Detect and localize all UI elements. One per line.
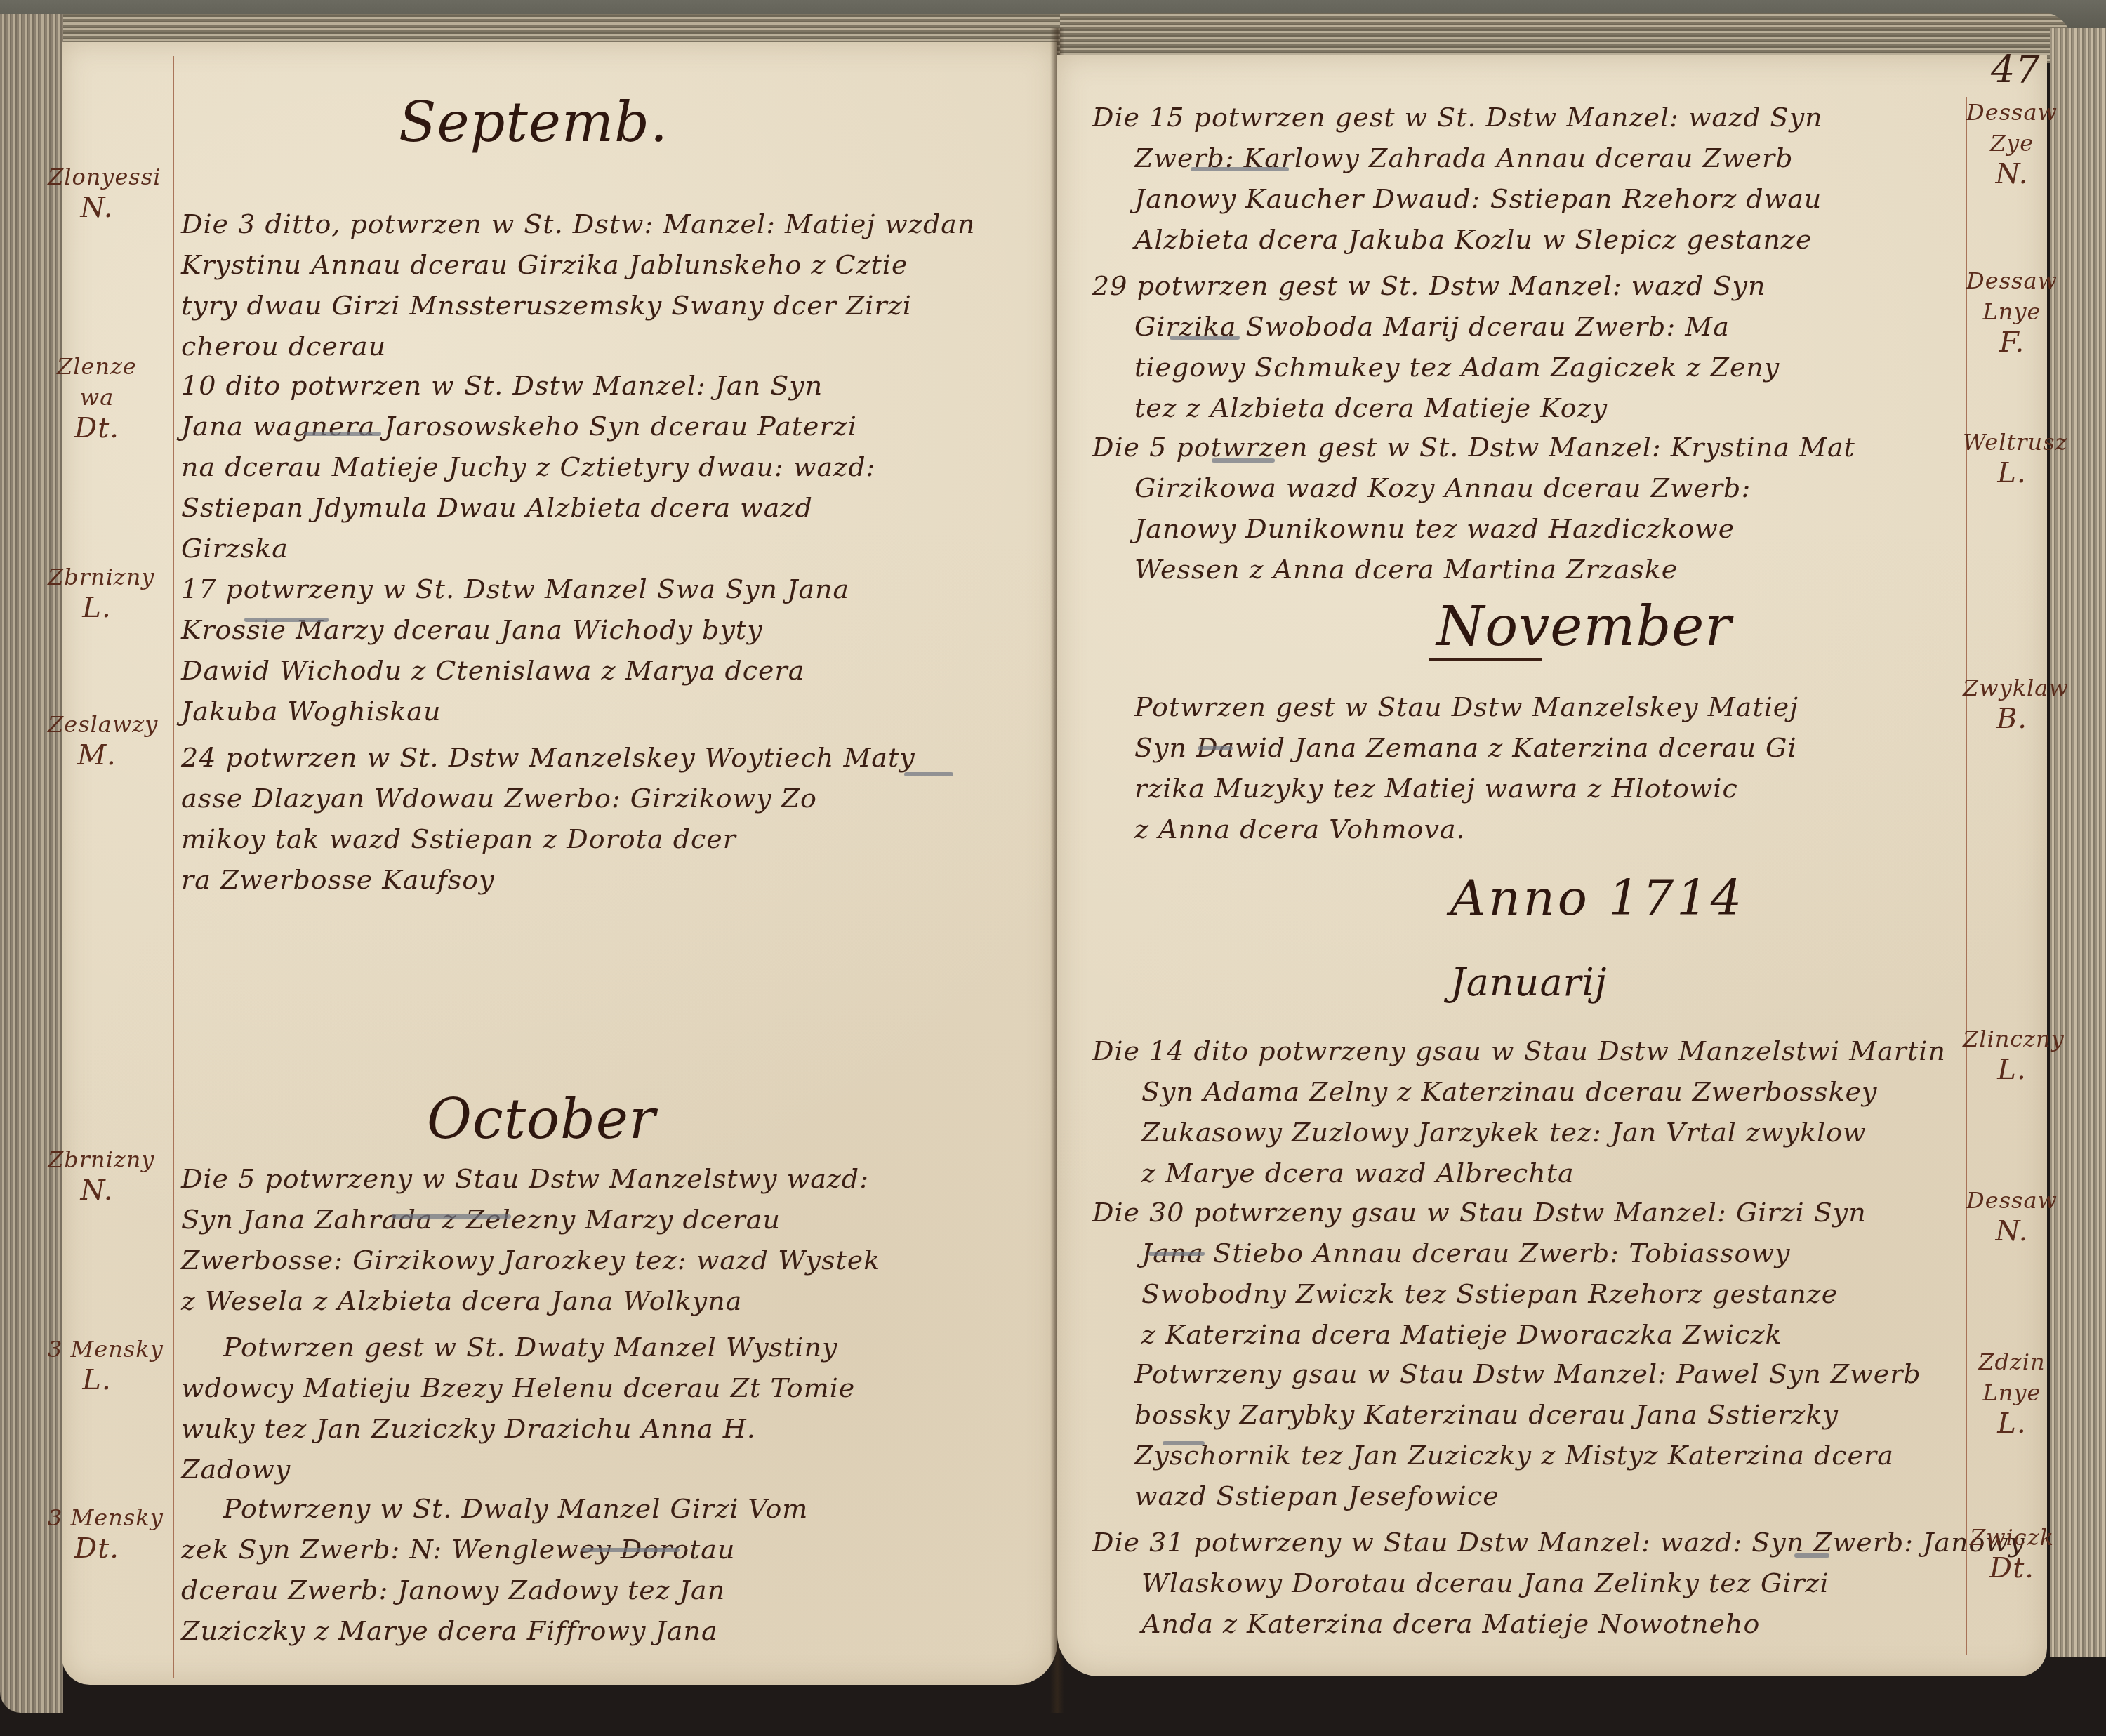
pencil-underline	[1212, 458, 1275, 463]
pencil-underline	[904, 772, 953, 776]
entry-line: Potwrzeny gsau w Stau Dstw Manzel: Pawel…	[1134, 1353, 1921, 1394]
register-entry: Die 14 dito potwrzeny gsau w Stau Dstw M…	[1092, 1031, 1946, 1193]
register-entry: 29 potwrzen gest w St. Dstw Manzel: wazd…	[1092, 265, 1766, 428]
entry-line: Potwrzeny w St. Dwaly Manzel Girzi Vom	[223, 1488, 808, 1529]
margin-place-cont: Zye	[1990, 130, 2034, 157]
entry-line: tiegowy Schmukey tez Adam Zagiczek z Zen…	[1134, 347, 1808, 387]
entry-line: wdowcy Matieju Bzezy Helenu dcerau Zt To…	[181, 1367, 855, 1408]
margin-place: 3 Mensky	[48, 1504, 164, 1531]
margin-note: 3 Mensky L.	[48, 1334, 146, 1396]
margin-note: Zbrnizny N.	[48, 1144, 146, 1206]
entry-line: Alzbieta dcera Jakuba Kozlu w Slepicz ge…	[1134, 219, 1865, 260]
left-page: Septemb. Zlonyessi N. Die 3 ditto, potwr…	[62, 42, 1057, 1685]
entry-line: Janowy Dunikownu tez wazd Hazdiczkowe	[1134, 508, 1898, 549]
margin-place: Zwiczk	[1970, 1524, 2054, 1551]
entry-line: asse Dlazyan Wdowau Zwerbo: Girzikowy Zo	[181, 778, 915, 819]
pencil-underline	[304, 432, 381, 436]
entry-line: Wlaskowy Dorotau dcerau Jana Zelinky tez…	[1141, 1563, 2074, 1603]
register-entry: 24 potwrzen w St. Dstw Manzelskey Woytie…	[181, 737, 915, 900]
entry-line: Girzika Swoboda Marij dcerau Zwerb: Ma	[1134, 306, 1808, 347]
entry-line: dcerau Zwerb: Janowy Zadowy tez Jan	[181, 1570, 766, 1610]
entry-line: Die 30 potwrzeny gsau w Stau Dstw Manzel…	[1092, 1192, 1867, 1233]
margin-code: N.	[1963, 1216, 2061, 1247]
month-heading-january: Januarij	[1450, 960, 1607, 1005]
entry-line: Die 15 potwrzen gest w St. Dstw Manzel: …	[1092, 97, 1823, 138]
entry-line: Zwerbosse: Girzikowy Jarozkey tez: wazd …	[181, 1240, 880, 1280]
margin-place: Zeslawzy	[48, 711, 158, 738]
margin-note: Dessaw Zye N.	[1963, 97, 2061, 190]
margin-note: Weltrusz L.	[1963, 427, 2061, 489]
margin-note: Zwiczk Dt.	[1963, 1522, 2061, 1584]
margin-note: Dessaw N.	[1963, 1185, 2061, 1247]
entry-line: Potwrzen gest w St. Dwaty Manzel Wystiny	[223, 1327, 897, 1367]
margin-code: L.	[1963, 458, 2061, 489]
entry-line: Die 5 potwrzeny w Stau Dstw Manzelstwy w…	[181, 1158, 880, 1199]
register-entry: Die 30 potwrzeny gsau w Stau Dstw Manzel…	[1092, 1192, 1867, 1355]
margin-note: Zlenze wa Dt.	[48, 351, 146, 444]
pencil-underline	[1191, 167, 1289, 171]
right-page: 47 Die 15 potwrzen gest w St. Dstw Manze…	[1057, 55, 2047, 1676]
margin-code: B.	[1963, 703, 2061, 734]
margin-code: L.	[1963, 1054, 2061, 1085]
entry-line: na dcerau Matieje Juchy z Cztietyry dwau…	[181, 446, 875, 487]
entry-line: wazd Sstiepan Jesefowice	[1134, 1476, 1921, 1516]
pencil-underline	[1198, 746, 1233, 750]
entry-line: Die 5 potwrzen gest w St. Dstw Manzel: K…	[1092, 427, 1855, 468]
pencil-underline	[581, 1548, 680, 1552]
entry-line: z Anna dcera Vohmova.	[1134, 809, 1799, 849]
register-entry: Die 5 potwrzeny w Stau Dstw Manzelstwy w…	[181, 1158, 880, 1321]
entry-line: Krossie Marzy dcerau Jana Wichody byty	[181, 609, 849, 650]
pencil-underline	[1148, 1252, 1205, 1256]
pencil-underline	[392, 1214, 511, 1219]
margin-place: Weltrusz	[1963, 429, 2068, 456]
entry-line: Syn Adama Zelny z Katerzinau dcerau Zwer…	[1141, 1071, 1995, 1112]
pencil-underline	[1794, 1553, 1829, 1558]
entry-line: 24 potwrzen w St. Dstw Manzelskey Woytie…	[181, 737, 915, 778]
margin-code: L.	[48, 1365, 146, 1396]
margin-note: Zwyklaw B.	[1963, 672, 2061, 734]
margin-note: Zdzin Lnye L.	[1963, 1346, 2061, 1439]
pencil-underline	[1170, 336, 1240, 340]
entry-line: Krystinu Annau dcerau Girzika Jablunskeh…	[181, 244, 975, 285]
year-heading: Anno 1714	[1450, 869, 1744, 927]
entry-line: ra Zwerbosse Kaufsoy	[181, 859, 915, 900]
margin-code: L.	[48, 592, 146, 623]
entry-line: Syn Jana Zahrada z Zelezny Marzy dcerau	[181, 1199, 880, 1240]
margin-code: Dt.	[1963, 1553, 2061, 1584]
register-entry: Die 31 potwrzeny w Stau Dstw Manzel: waz…	[1092, 1522, 2025, 1644]
entry-line: 17 potwrzeny w St. Dstw Manzel Swa Syn J…	[181, 569, 849, 609]
margin-note: 3 Mensky Dt.	[48, 1502, 146, 1564]
margin-note: Zlonyessi N.	[48, 161, 146, 223]
register-entry: Potwrzen gest w St. Dwaty Manzel Wystiny…	[223, 1327, 897, 1490]
margin-note: Zbrnizny L.	[48, 562, 146, 623]
margin-place-cont: Lnye	[1983, 1379, 2041, 1406]
entry-line: tez z Alzbieta dcera Matieje Kozy	[1134, 387, 1808, 428]
register-entry: Potwrzeny gsau w Stau Dstw Manzel: Pawel…	[1134, 1353, 1921, 1516]
entry-line: Girzikowa wazd Kozy Annau dcerau Zwerb:	[1134, 468, 1898, 508]
margin-place: Zbrnizny	[48, 1146, 154, 1173]
heading-underline	[1429, 658, 1542, 661]
entry-line: Potwrzen gest w Stau Dstw Manzelskey Mat…	[1134, 687, 1799, 727]
register-entry: 17 potwrzeny w St. Dstw Manzel Swa Syn J…	[181, 569, 849, 731]
margin-rule-left	[173, 56, 174, 1678]
entry-line: Zuziczky z Marye dcera Fiffrowy Jana	[181, 1610, 766, 1651]
entry-line: cherou dcerau	[181, 326, 975, 366]
margin-place-cont: Lnye	[1983, 298, 2041, 325]
entry-line: Jakuba Woghiskau	[181, 691, 849, 731]
entry-line: Dawid Wichodu z Ctenislawa z Marya dcera	[181, 650, 849, 691]
margin-note: Dessaw Lnye F.	[1963, 265, 2061, 358]
margin-place: Zdzin	[1978, 1349, 2045, 1375]
entry-line: Girzska	[181, 528, 875, 569]
entry-line: Jana wagnera Jarosowskeho Syn dcerau Pat…	[181, 406, 875, 446]
register-entry: Die 15 potwrzen gest w St. Dstw Manzel: …	[1092, 97, 1823, 260]
margin-place: 3 Mensky	[48, 1336, 164, 1363]
entry-line: Zukasowy Zuzlowy Jarzykek tez: Jan Vrtal…	[1141, 1112, 1995, 1153]
register-entry: 10 dito potwrzen w St. Dstw Manzel: Jan …	[181, 365, 875, 569]
entry-line: Syn Dawid Jana Zemana z Katerzina dcerau…	[1134, 727, 1799, 768]
entry-line: z Marye dcera wazd Albrechta	[1141, 1153, 1995, 1193]
margin-place: Dessaw	[1966, 99, 2058, 126]
register-entry: Die 5 potwrzen gest w St. Dstw Manzel: K…	[1092, 427, 1855, 590]
margin-note: Zlinczny L.	[1963, 1023, 2061, 1085]
entry-line: Sstiepan Jdymula Dwau Alzbieta dcera waz…	[181, 487, 875, 528]
margin-place: Dessaw	[1966, 267, 2058, 294]
margin-code: Dt.	[48, 413, 146, 444]
entry-line: z Katerzina dcera Matieje Dworaczka Zwic…	[1141, 1314, 1916, 1355]
entry-line: Die 14 dito potwrzeny gsau w Stau Dstw M…	[1092, 1031, 1946, 1071]
entry-line: mikoy tak wazd Sstiepan z Dorota dcer	[181, 819, 915, 859]
entry-line: Die 3 ditto, potwrzen w St. Dstw: Manzel…	[181, 204, 975, 244]
pencil-underline	[1163, 1441, 1205, 1445]
entry-line: Die 31 potwrzeny w Stau Dstw Manzel: waz…	[1092, 1522, 2025, 1563]
entry-line: Zyschornik tez Jan Zuziczky z Mistyz Kat…	[1134, 1435, 1921, 1476]
margin-code: M.	[48, 740, 146, 771]
margin-code: N.	[48, 1175, 146, 1206]
entry-line: Wessen z Anna dcera Martina Zrzaske	[1134, 549, 1898, 590]
entry-line: Janowy Kaucher Dwaud: Sstiepan Rzehorz d…	[1134, 178, 1865, 219]
entry-line: bossky Zarybky Katerzinau dcerau Jana Ss…	[1134, 1394, 1921, 1435]
margin-code: N.	[48, 192, 146, 223]
entry-line: Zadowy	[181, 1449, 855, 1490]
page-stack-left	[0, 14, 63, 1713]
margin-code: L.	[1963, 1408, 2061, 1439]
margin-note: Zeslawzy M.	[48, 709, 146, 771]
entry-line: z Wesela z Alzbieta dcera Jana Wolkyna	[181, 1280, 880, 1321]
entry-line: Zwerb: Karlowy Zahrada Annau dcerau Zwer…	[1134, 138, 1865, 178]
entry-line: tyry dwau Girzi Mnssteruszemsky Swany dc…	[181, 285, 975, 326]
entry-line: 10 dito potwrzen w St. Dstw Manzel: Jan …	[181, 365, 875, 406]
margin-place: Zbrnizny	[48, 564, 154, 590]
margin-code: F.	[1963, 327, 2061, 358]
margin-place: Dessaw	[1966, 1187, 2058, 1214]
margin-place: Zlonyessi	[48, 164, 161, 190]
entry-line: Jana Stiebo Annau dcerau Zwerb: Tobiasso…	[1141, 1233, 1916, 1273]
margin-place: Zlenze	[57, 353, 137, 380]
register-entry: Potwrzeny w St. Dwaly Manzel Girzi Vom z…	[223, 1488, 808, 1651]
entry-line: Anda z Katerzina dcera Matieje Nowotneho	[1141, 1603, 2074, 1644]
entry-line: rzika Muzyky tez Matiej wawra z Hlotowic	[1134, 768, 1799, 809]
page-number: 47	[1991, 48, 2041, 92]
register-entry: Die 3 ditto, potwrzen w St. Dstw: Manzel…	[181, 204, 975, 366]
pencil-underline	[244, 618, 329, 622]
section-heading-september: Septemb.	[399, 91, 668, 154]
entry-line: wuky tez Jan Zuziczky Drazichu Anna H.	[181, 1408, 855, 1449]
margin-code: Dt.	[48, 1533, 146, 1564]
margin-place-cont: wa	[80, 384, 114, 411]
margin-place: Zwyklaw	[1963, 675, 2069, 701]
margin-place: Zlinczny	[1963, 1026, 2065, 1052]
margin-code: N.	[1963, 159, 2061, 190]
section-heading-november: November	[1436, 595, 1732, 658]
entry-line: 29 potwrzen gest w St. Dstw Manzel: wazd…	[1092, 265, 1766, 306]
entry-line: Swobodny Zwiczk tez Sstiepan Rzehorz ges…	[1141, 1273, 1916, 1314]
register-entry: Potwrzen gest w Stau Dstw Manzelskey Mat…	[1134, 687, 1799, 849]
section-heading-october: October	[427, 1088, 656, 1151]
